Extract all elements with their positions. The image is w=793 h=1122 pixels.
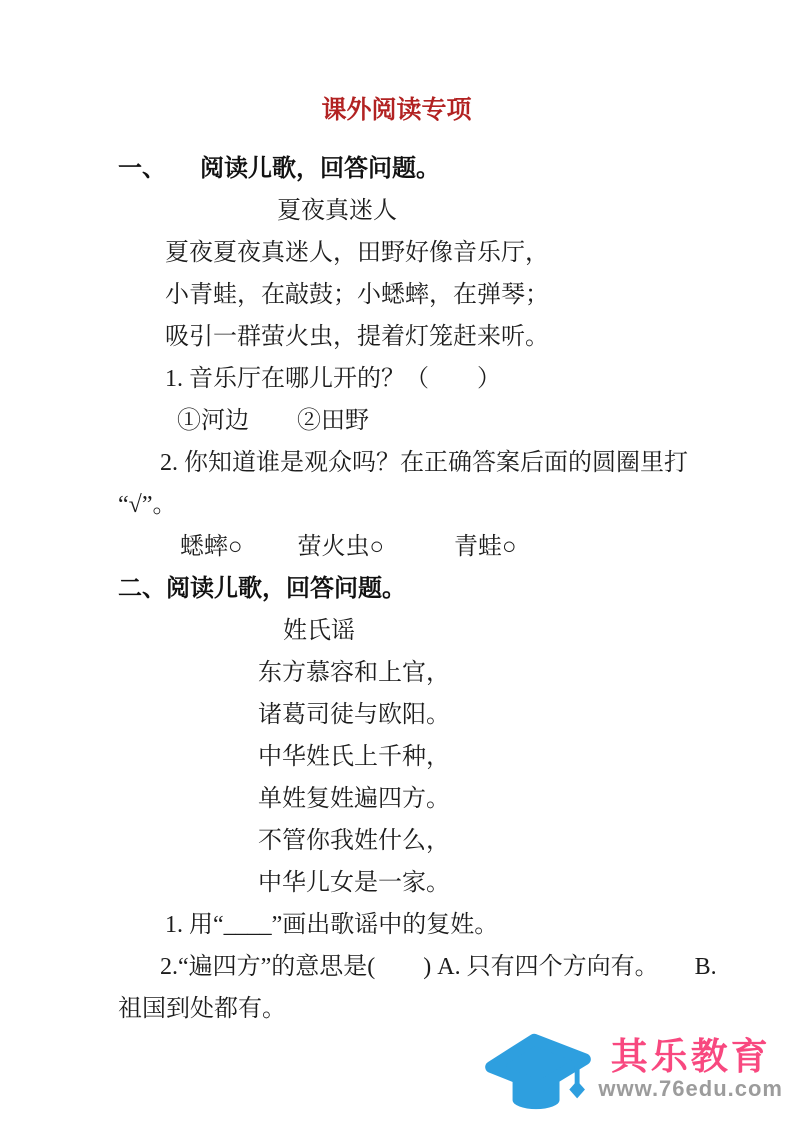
- poem2-line-5: 不管你我姓什么，: [258, 820, 684, 862]
- section1-number: 一、: [118, 155, 166, 182]
- brand-name: 其乐教育: [611, 1037, 771, 1077]
- poem2-line-6: 中华儿女是一家。: [258, 862, 684, 904]
- poem2-line-4: 单姓复姓遍四方。: [258, 778, 684, 820]
- worksheet-page: { "page": { "title": "课外阅读专项" }, "colors…: [0, 0, 793, 1122]
- page-title: 课外阅读专项: [0, 90, 793, 126]
- poem2-line-1: 东方慕容和上官，: [258, 652, 684, 694]
- section1-question-2-choices: 蟋蟀○萤火虫○青蛙○: [180, 526, 684, 568]
- choice-firefly: 萤火虫○: [298, 534, 385, 560]
- section2-number: 二、: [118, 575, 166, 602]
- poem1-title: 夏夜真迷人: [277, 190, 684, 232]
- poem2-line-3: 中华姓氏上千种，: [258, 736, 684, 778]
- section1-question-2-line-2: “√”。: [118, 484, 684, 526]
- section1-question-1: 1. 音乐厅在哪儿开的？（ ）: [165, 358, 684, 400]
- section2-question-1: 1. 用“____”画出歌谣中的复姓。: [165, 904, 684, 946]
- graduation-cap-icon: [482, 1024, 594, 1114]
- poem1-line-1: 夏夜夏夜真迷人，田野好像音乐厅，: [165, 232, 684, 274]
- brand-logo: 其乐教育 www.76edu.com: [482, 1024, 783, 1114]
- worksheet-body: 一、阅读儿歌，回答问题。 夏夜真迷人 夏夜夏夜真迷人，田野好像音乐厅， 小青蛙，…: [118, 148, 684, 1030]
- section1-question-2-line-1: 2. 你知道谁是观众吗？在正确答案后面的圆圈里打: [160, 442, 684, 484]
- section2-heading-text: 阅读儿歌，回答问题。: [166, 575, 406, 602]
- section1-heading: 一、阅读儿歌，回答问题。: [118, 148, 684, 190]
- brand-text-block: 其乐教育 www.76edu.com: [598, 1037, 783, 1101]
- poem1-line-3: 吸引一群萤火虫，提着灯笼赶来听。: [165, 316, 684, 358]
- section1-heading-text: 阅读儿歌，回答问题。: [200, 155, 440, 182]
- section1-question-1-options: ①河边 ②田野: [177, 400, 684, 442]
- poem2-line-2: 诸葛司徒与欧阳。: [258, 694, 684, 736]
- section2-heading: 二、阅读儿歌，回答问题。: [118, 568, 684, 610]
- brand-website: www.76edu.com: [598, 1077, 783, 1101]
- choice-cricket: 蟋蟀○: [180, 534, 243, 560]
- choice-frog: 青蛙○: [454, 534, 517, 560]
- poem1-line-2: 小青蛙，在敲鼓；小蟋蟀，在弹琴；: [165, 274, 684, 316]
- section2-question-2-line-1: 2.“遍四方”的意思是( ) A. 只有四个方向有。 B.: [160, 946, 684, 988]
- poem2-title: 姓氏谣: [283, 610, 684, 652]
